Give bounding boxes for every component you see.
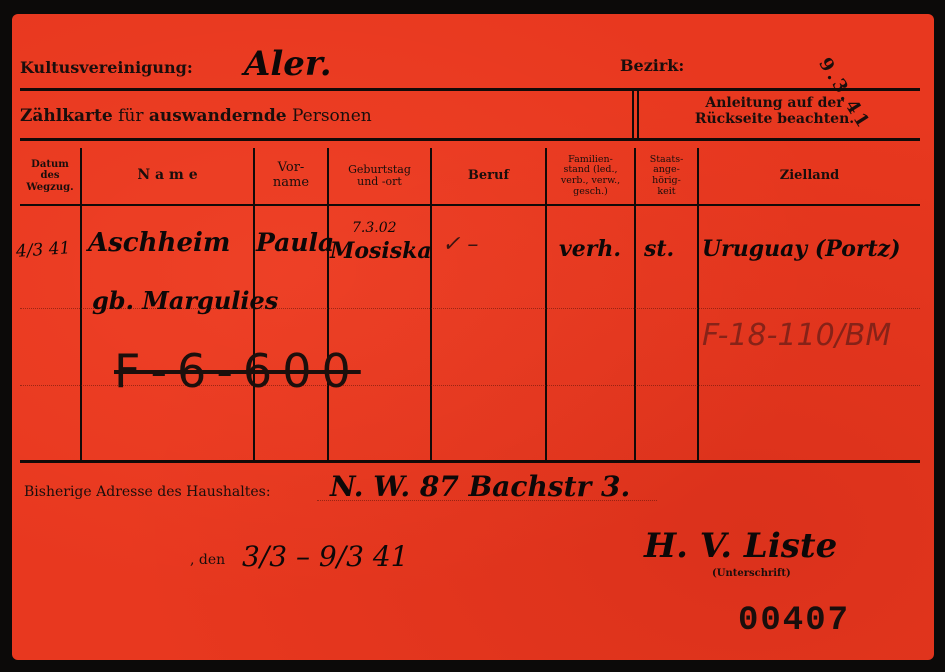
title-divider-2 bbox=[637, 91, 639, 139]
table-bottom-rule bbox=[20, 460, 920, 463]
signature-label: (Unterschrift) bbox=[712, 568, 791, 579]
column-header-name: N a m e bbox=[82, 150, 253, 202]
cell-beruf: ✓ – bbox=[442, 232, 478, 257]
cell-staatsangehoerigkeit: st. bbox=[644, 236, 674, 262]
cell-geburtsort: Mosiska bbox=[330, 238, 432, 264]
signature: H. V. Liste bbox=[644, 526, 837, 566]
title-personen: Personen bbox=[292, 106, 372, 126]
date-value: 3/3 – 9/3 41 bbox=[242, 540, 408, 573]
cell-familienstand: verh. bbox=[559, 236, 621, 262]
table-header-rule bbox=[20, 204, 920, 206]
cell-name-line2: gb. Margulies bbox=[92, 286, 278, 315]
cell-name-crossed-note: F-6-600 bbox=[114, 344, 361, 398]
cell-geburtstag: 7.3.02 bbox=[352, 220, 397, 236]
title-divider bbox=[632, 91, 634, 139]
header-rule bbox=[20, 88, 920, 91]
instructions-line-2: Rückseite beachten. bbox=[672, 111, 877, 127]
title-zaehlkarte: Zählkarte bbox=[20, 106, 113, 126]
address-value: N. W. 87 Bachstr 3. bbox=[330, 470, 630, 503]
title-fuer: für bbox=[118, 106, 143, 126]
date-prefix: , den bbox=[190, 552, 225, 568]
serial-number: 00407 bbox=[738, 602, 850, 640]
kultusvereinigung-value: Aler. bbox=[244, 44, 332, 84]
card-title: Zählkarte für auswandernde Personen bbox=[20, 106, 372, 126]
instructions-line-1: Anleitung auf der bbox=[672, 95, 877, 111]
column-header-beruf: Beruf bbox=[432, 150, 545, 202]
title-auswandernde: auswandernde bbox=[149, 106, 287, 126]
cell-datum: 4/3 41 bbox=[15, 238, 71, 262]
column-header-vorname: Vor-name bbox=[255, 150, 327, 202]
column-header-geburt: Geburtstagund -ort bbox=[329, 150, 430, 202]
column-header-datum: DatumdesWegzug. bbox=[20, 150, 80, 202]
column-header-zielland: Zielland bbox=[699, 150, 920, 202]
kultusvereinigung-label: Kultusvereinigung: bbox=[20, 58, 193, 77]
instructions-note: Anleitung auf der Rückseite beachten. bbox=[672, 95, 877, 127]
title-rule bbox=[20, 138, 920, 141]
column-header-familienstand: Familien-stand (led.,verb., verw.,gesch.… bbox=[547, 150, 634, 202]
column-header-staatsangehoerigkeit: Staats-ange-hörig-keit bbox=[636, 150, 697, 202]
address-label: Bisherige Adresse des Haushaltes: bbox=[24, 484, 271, 500]
bezirk-label: Bezirk: bbox=[620, 56, 684, 75]
cell-zielland: Uruguay (Portz) bbox=[702, 236, 901, 262]
cell-vorname: Paula bbox=[256, 228, 334, 257]
cell-name-line1: Aschheim bbox=[88, 228, 230, 258]
cell-zielland-note: F-18-110/BM bbox=[702, 318, 891, 353]
emigration-count-card: Kultusvereinigung: Aler. Bezirk: 9.3.41 … bbox=[12, 14, 934, 660]
